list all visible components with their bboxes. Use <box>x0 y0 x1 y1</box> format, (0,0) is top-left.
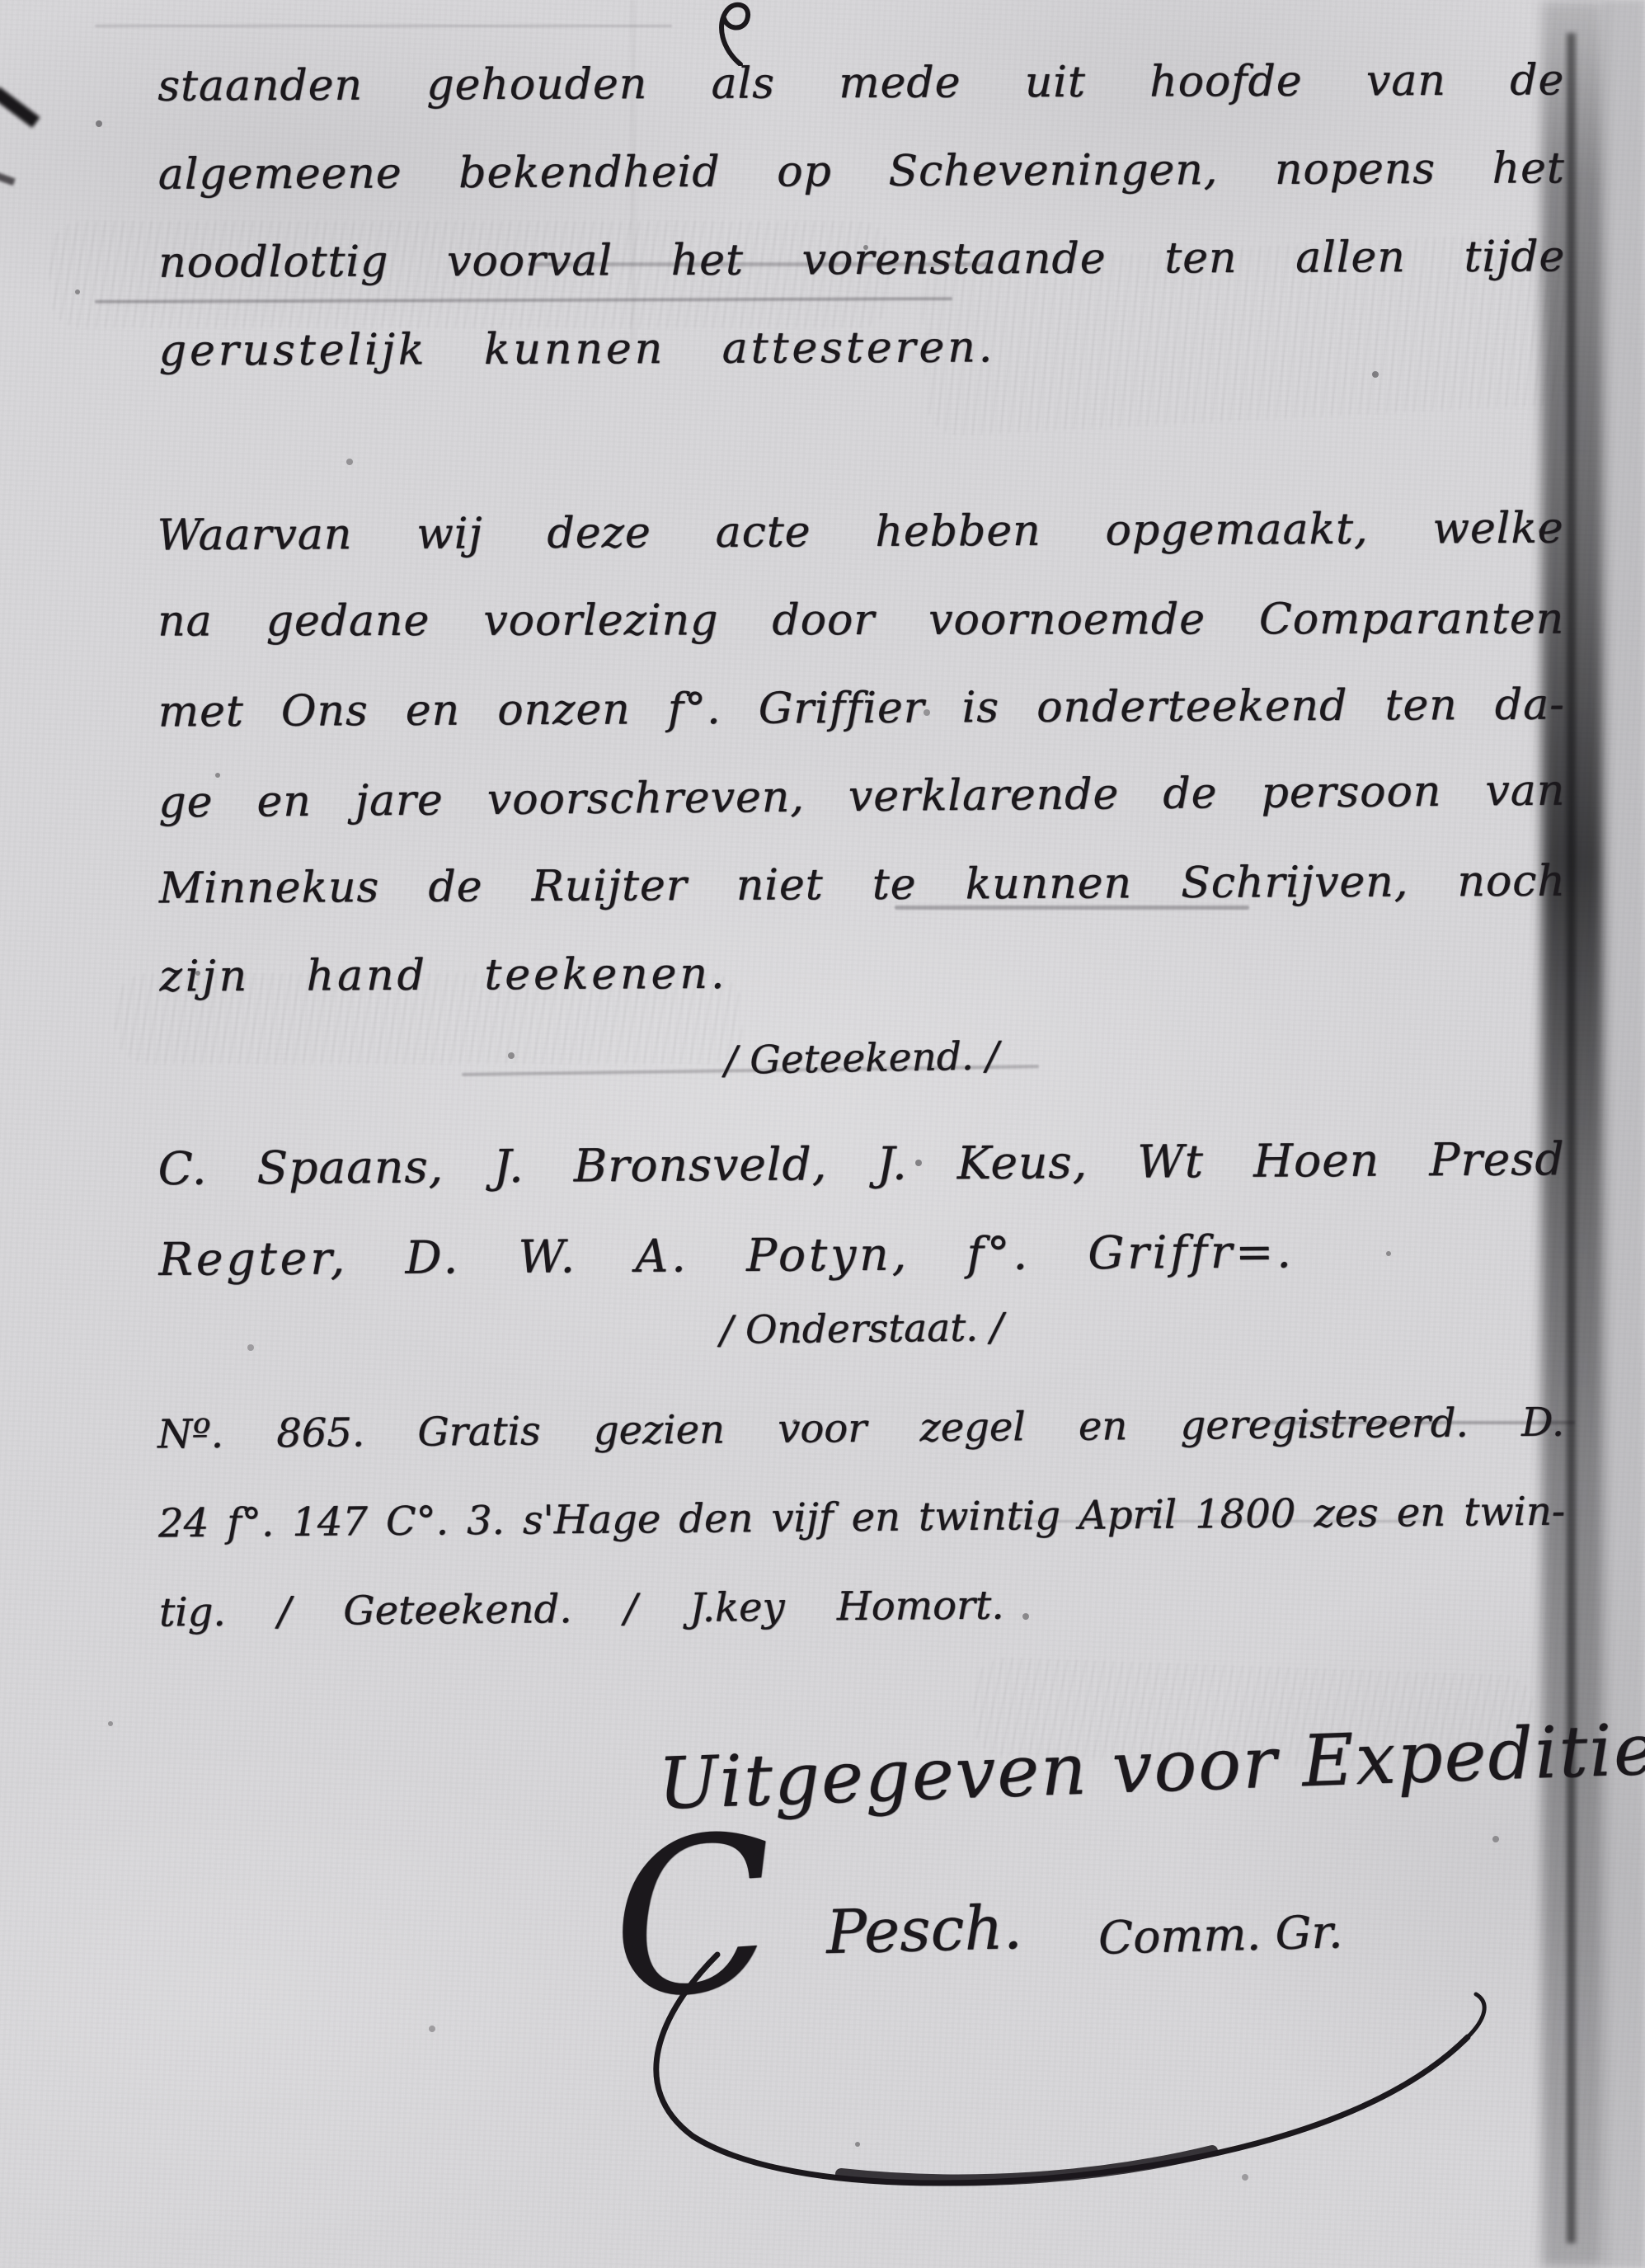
handwritten-line: met Ons en onzen f°. Griffier is onderte… <box>157 661 1565 757</box>
ink-smudge <box>0 172 16 186</box>
release-line: Uitgegeven voor Expeditie. <box>657 1707 1645 1825</box>
handwritten-line: C. Spaans, J. Bronsveld, J. Keus, Wt Hoe… <box>157 1113 1565 1214</box>
handwritten-line: Nº. 865. Gratis gezien voor zegel en ger… <box>157 1378 1565 1480</box>
handwritten-line: Waarvan wij deze acte hebben opgemaakt, … <box>157 485 1564 581</box>
ink-smudge-line <box>95 25 672 27</box>
handwritten-line: Regter, D. W. A. Potyn, f°. Griffr=. <box>158 1204 1566 1305</box>
document-scan: staanden gehouden als mede uit hoofde va… <box>0 0 1645 2268</box>
handwritten-line: noodlottig voorval het vorenstaande ten … <box>158 213 1565 307</box>
paragraph-1: staanden gehouden als mede uit hoofde va… <box>157 36 1566 395</box>
ink-speckles <box>0 0 3 3</box>
handwritten-line: ge en jare voorschreven, verklarende de … <box>158 747 1566 848</box>
ink-smudge <box>0 87 40 128</box>
paper-edge-strip <box>1604 0 1645 2268</box>
handwritten-line: zijn hand teekenen. <box>159 926 1567 1022</box>
handwritten-line: algemeene bekendheid op Scheveningen, no… <box>158 125 1565 219</box>
handwritten-line: staanden gehouden als mede uit hoofde va… <box>157 36 1564 130</box>
handwritten-line: na gedane voorlezing door voornoemde Com… <box>157 576 1564 666</box>
onderstaat-heading: / Onderstaat. / <box>158 1299 1565 1359</box>
handwritten-line: tig. / Geteekend. / J.key Homort. <box>159 1556 1567 1658</box>
handwritten-line: gerustelijk kunnen attesteren. <box>158 301 1565 395</box>
handwritten-line: Minnekus de Ruijter niet te kunnen Schri… <box>159 838 1567 934</box>
signature-swash <box>569 1946 1542 2219</box>
signatories: C. Spaans, J. Bronsveld, J. Keus, Wt Hoe… <box>157 1113 1565 1305</box>
paragraph-2: Waarvan wij deze acte hebben opgemaakt, … <box>157 485 1566 1022</box>
handwritten-line: 24 f°. 147 C°. 3. s'Hage den vijf en twi… <box>158 1467 1566 1569</box>
registration-note: Nº. 865. Gratis gezien voor zegel en ger… <box>157 1378 1567 1658</box>
